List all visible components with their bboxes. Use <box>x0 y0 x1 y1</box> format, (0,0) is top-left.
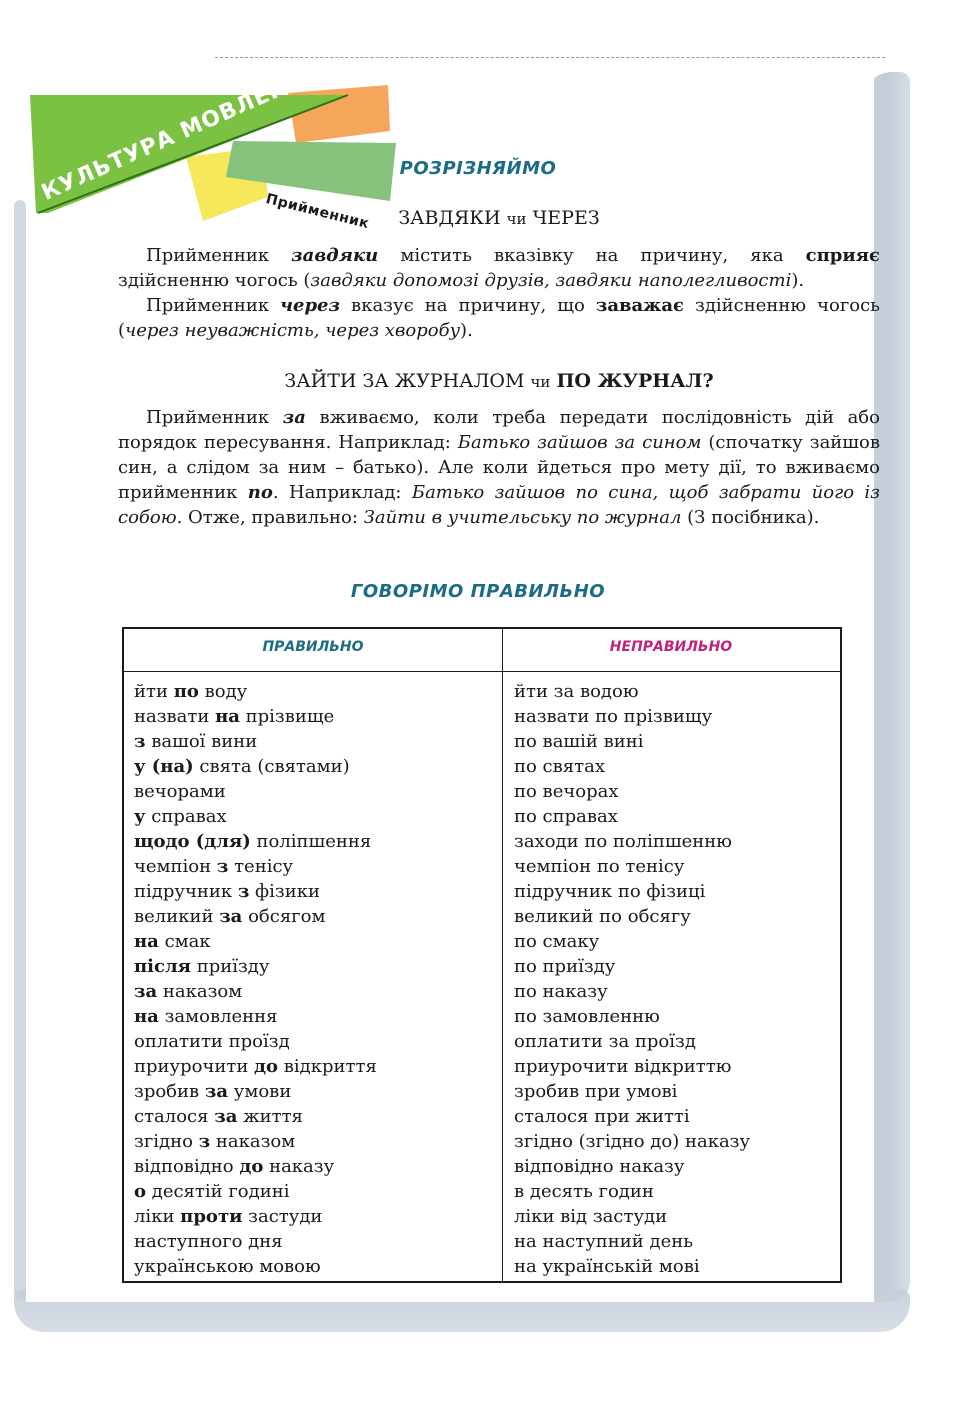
table-cell-incorrect: йти за водою <box>514 679 750 704</box>
table-cell-correct: у справах <box>134 804 377 829</box>
table-cell-correct: оплатити проїзд <box>134 1029 377 1054</box>
table-cell-incorrect: по приїзду <box>514 954 750 979</box>
table-cell-incorrect: назвати по прізвищу <box>514 704 750 729</box>
table-cell-incorrect: приурочити відкриттю <box>514 1054 750 1079</box>
table-cell-correct: великий за обсягом <box>134 904 377 929</box>
table-cell-incorrect: ліки від застуди <box>514 1204 750 1229</box>
heading-term-b: ПО ЖУРНАЛ? <box>556 370 713 392</box>
table-cell-correct: о десятій годині <box>134 1179 377 1204</box>
table-cell-incorrect: по замовленню <box>514 1004 750 1029</box>
table-cell-correct: після приїзду <box>134 954 377 979</box>
table-cell-correct: приурочити до відкриття <box>134 1054 377 1079</box>
heading-term-a: ЗАВДЯКИ <box>398 207 500 229</box>
table-cell-correct: у (на) свята (святами) <box>134 754 377 779</box>
table-cell-incorrect: сталося при житті <box>514 1104 750 1129</box>
table-cell-incorrect: зробив при умові <box>514 1079 750 1104</box>
section-label-distinguish: РОЗРІЗНЯЙМО <box>0 158 956 179</box>
table-cell-incorrect: відповідно наказу <box>514 1154 750 1179</box>
banner-ribbons-graphic <box>18 73 398 221</box>
paragraph-text: Прийменник за вживаємо, коли треба перед… <box>118 405 880 530</box>
page-top-rule <box>215 57 885 58</box>
paragraph-cherez: Прийменник через вказує на причину, що з… <box>118 293 880 343</box>
table-cell-incorrect: оплатити за проїзд <box>514 1029 750 1054</box>
table-cell-incorrect: по вечорах <box>514 779 750 804</box>
paragraph-text: Прийменник завдяки містить вказівку на п… <box>118 243 880 293</box>
paragraph-za-po: Прийменник за вживаємо, коли треба перед… <box>118 405 880 530</box>
table-cell-correct: сталося за життя <box>134 1104 377 1129</box>
paragraph-zavdyaky: Прийменник завдяки містить вказівку на п… <box>118 243 880 293</box>
table-cell-incorrect: великий по обсягу <box>514 904 750 929</box>
heading-term-a: ЗАЙТИ ЗА ЖУРНАЛОМ <box>284 370 524 392</box>
heading-term-b: ЧЕРЕЗ <box>533 207 600 229</box>
table-cell-correct: на замовлення <box>134 1004 377 1029</box>
column-header-incorrect: НЕПРАВИЛЬНО <box>502 639 840 655</box>
table-cell-correct: за наказом <box>134 979 377 1004</box>
table-cell-incorrect: по святах <box>514 754 750 779</box>
table-cell-correct: зробив за умови <box>134 1079 377 1104</box>
heading-connector: чи <box>507 210 527 228</box>
table-cell-incorrect: на наступний день <box>514 1229 750 1254</box>
heading-zavdyaky-cherez: ЗАВДЯКИ чи ЧЕРЕЗ <box>118 207 880 229</box>
table-cell-correct: чемпіон з тенісу <box>134 854 377 879</box>
section-label-speak-correctly: ГОВОРІМО ПРАВИЛЬНО <box>0 581 956 602</box>
table-cell-correct: вечорами <box>134 779 377 804</box>
table-cell-correct: щодо (для) поліпшення <box>134 829 377 854</box>
table-cell-incorrect: згідно (згідно до) наказу <box>514 1129 750 1154</box>
incorrect-column: йти за водоюназвати по прізвищупо вашій … <box>514 679 750 1279</box>
page-frame-left <box>14 200 26 1300</box>
table-cell-correct: українською мовою <box>134 1254 377 1279</box>
table-cell-incorrect: заходи по поліпшенню <box>514 829 750 854</box>
column-header-correct: ПРАВИЛЬНО <box>124 639 502 655</box>
table-cell-incorrect: по справах <box>514 804 750 829</box>
table-cell-correct: йти по воду <box>134 679 377 704</box>
table-cell-incorrect: чемпіон по тенісу <box>514 854 750 879</box>
heading-connector: чи <box>531 373 551 391</box>
table-cell-correct: на смак <box>134 929 377 954</box>
table-cell-incorrect: по наказу <box>514 979 750 1004</box>
paragraph-text: Прийменник через вказує на причину, що з… <box>118 293 880 343</box>
table-cell-correct: назвати на прізвище <box>134 704 377 729</box>
correct-column: йти по водуназвати на прізвищез вашої ви… <box>134 679 377 1279</box>
table-cell-incorrect: по смаку <box>514 929 750 954</box>
table-cell-correct: підручник з фізики <box>134 879 377 904</box>
table-cell-correct: наступного дня <box>134 1229 377 1254</box>
table-cell-correct: ліки проти застуди <box>134 1204 377 1229</box>
heading-zaity-za-zhurnalom: ЗАЙТИ ЗА ЖУРНАЛОМ чи ПО ЖУРНАЛ? <box>118 370 880 392</box>
table-cell-correct: відповідно до наказу <box>134 1154 377 1179</box>
section-banner: КУЛЬТУРА МОВЛЕННЯ Прийменник <box>18 73 398 221</box>
table-cell-incorrect: по вашій вині <box>514 729 750 754</box>
column-divider <box>502 629 503 1281</box>
header-divider <box>124 671 840 672</box>
table-cell-incorrect: на українській мові <box>514 1254 750 1279</box>
table-cell-correct: згідно з наказом <box>134 1129 377 1154</box>
table-cell-incorrect: підручник по фізиці <box>514 879 750 904</box>
usage-table: ПРАВИЛЬНО НЕПРАВИЛЬНО йти по водуназвати… <box>122 627 842 1283</box>
table-cell-correct: з вашої вини <box>134 729 377 754</box>
table-cell-incorrect: в десять годин <box>514 1179 750 1204</box>
